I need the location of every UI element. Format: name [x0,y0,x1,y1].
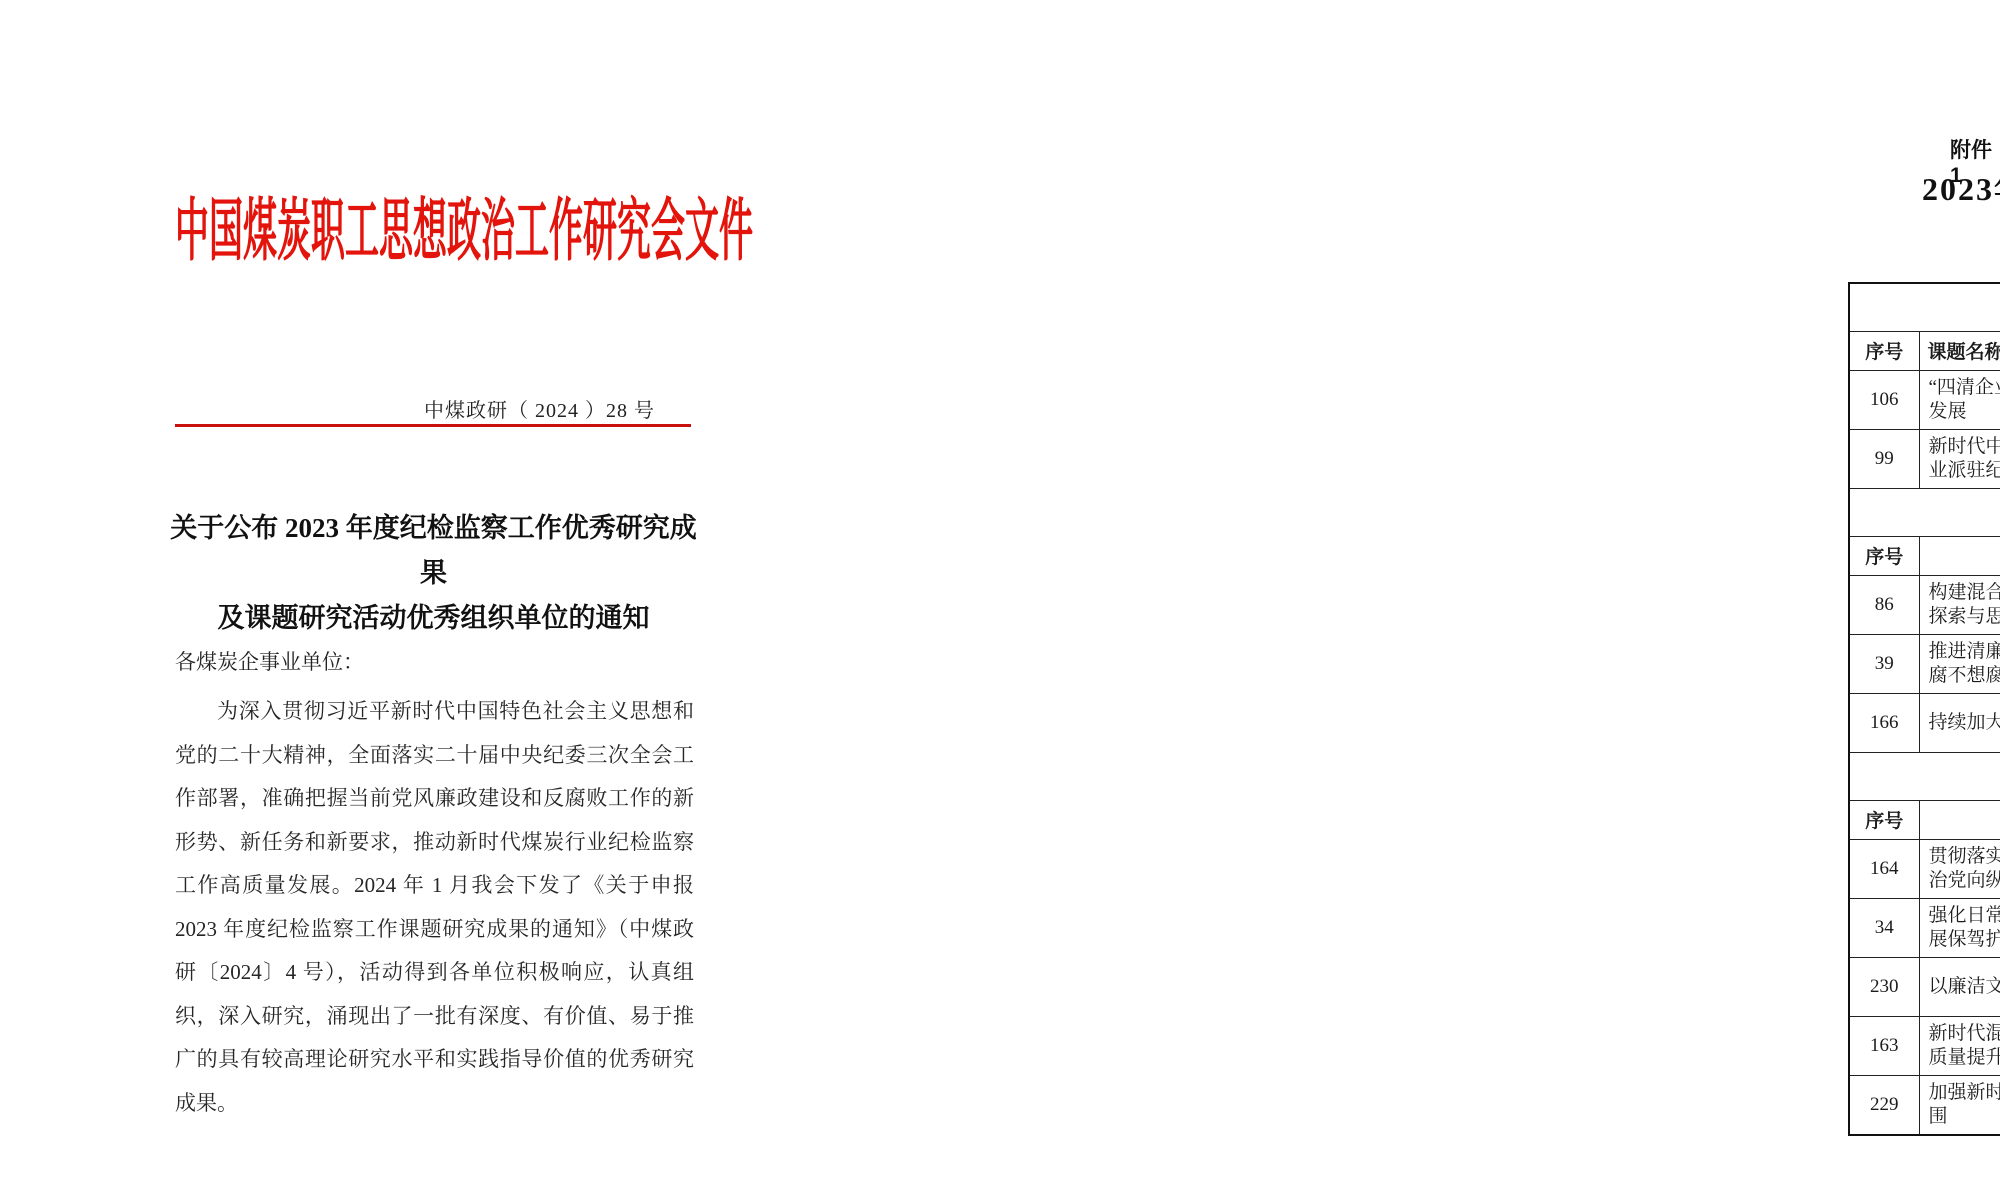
row-no: 230 [1849,957,1919,1016]
row-topic: 新时代中国特色社会主义混合所有制煤矿企业派驻纪检监察工作研究 [1919,429,2000,488]
table-row: 106 “四清企业”建设保障混合所有制企业高质量 发展 陕西陕煤榆北煤业有限公司… [1849,370,2000,429]
document-canvas: 中国煤炭职工思想政治工作研究会文件 中煤政研（ 2024 ）28 号 关于公布 … [0,0,2000,1200]
masthead-title: 中国煤炭职工思想政治工作研究会文件 [175,176,692,274]
column-header-row: 序号 课题名称 单位名称 作者 [1849,331,2000,370]
salutation: 各煤炭企事业单位： [175,646,364,676]
row-no: 86 [1849,575,1919,634]
notice-title: 关于公布 2023 年度纪检监察工作优秀研究成果 及课题研究活动优秀组织单位的通… [165,506,702,641]
section-label: 一 等 奖 [1849,283,2000,331]
header-no: 序号 [1849,536,1919,575]
row-no: 39 [1849,634,1919,693]
notice-page: 中国煤炭职工思想政治工作研究会文件 中煤政研（ 2024 ）28 号 关于公布 … [0,0,870,1200]
document-number: 中煤政研（ 2024 ）28 号 [424,394,655,423]
column-header-row: 序号 课题名称 单位名称 作者 [1849,536,2000,575]
row-no: 163 [1849,1016,1919,1075]
table-row: 229 加强新时代廉洁文化建设，营造崇廉尚廉氛围 陕西陕煤榆北煤业有限公司 中能… [1849,1075,2000,1135]
table-row: 34 强化日常监督健全管理体系为企业高质量发展保驾护航 陕西陕煤榆北煤业有限公司… [1849,898,2000,957]
notice-title-line1: 关于公布 2023 年度纪检监察工作优秀研究成果 [165,506,702,596]
row-topic: 强化日常监督健全管理体系为企业高质量发展保驾护航 [1919,898,2000,957]
row-topic: “四清企业”建设保障混合所有制企业高质量 发展 [1919,370,2000,429]
header-topic: 课题名称 [1919,331,2000,370]
section-row-second-prize: 二 等 奖 [1849,488,2000,536]
table-row: 39 推进清廉国企建设提高一体推进不敢腐不能腐不想腐能力水平 陕西陕煤榆北煤业有… [1849,634,2000,693]
row-no: 166 [1849,693,1919,752]
header-no: 序号 [1849,800,1919,839]
red-divider-rule [175,424,691,427]
section-label: 二 等 奖 [1849,488,2000,536]
attachment-page: 附件1 2023年度纪检监察工作优秀研究成果名单 一 等 奖 序号 课题名称 单… [870,0,2000,1200]
header-topic: 课题名称 [1919,536,2000,575]
section-row-first-prize: 一 等 奖 [1849,283,2000,331]
table-row: 230 以廉洁文化建设助推国有企业高质量发展 陕西陕煤榆北煤业有限公司 中能公司… [1849,957,2000,1016]
row-no: 99 [1849,429,1919,488]
awards-table: 一 等 奖 序号 课题名称 单位名称 作者 106 “四清企业”建设保障混合所有… [1848,282,2000,1136]
header-no: 序号 [1849,331,1919,370]
table-row: 164 贯彻落实党的二十大精神助推企业全面从严治党向纵深发展 陕西陕煤榆北煤业有… [1849,839,2000,898]
row-topic: 以廉洁文化建设助推国有企业高质量发展 [1919,957,2000,1016]
row-no: 229 [1849,1075,1919,1135]
table-row: 86 构建混合所有制国有企业“大监督”工作体系的探索与思考 陕西陕煤榆北煤业有限… [1849,575,2000,634]
row-topic: 新时代混合所有制国有企业纪检工作实现高质量提升的路径探析 [1919,1016,2000,1075]
table-row: 166 持续加大廉洁风险防控工作的探索与实践 陕西陕煤榆北煤业有限公司 中能公司… [1849,693,2000,752]
attachment-title: 2023年度纪检监察工作优秀研究成果名单 [1878,164,2000,210]
row-topic: 持续加大廉洁风险防控工作的探索与实践 [1919,693,2000,752]
row-topic: 构建混合所有制国有企业“大监督”工作体系的探索与思考 [1919,575,2000,634]
row-no: 106 [1849,370,1919,429]
section-label: 三 等 奖 [1849,752,2000,800]
row-topic: 贯彻落实党的二十大精神助推企业全面从严治党向纵深发展 [1919,839,2000,898]
table-row: 99 新时代中国特色社会主义混合所有制煤矿企业派驻纪检监察工作研究 陕西陕煤榆北… [1849,429,2000,488]
header-topic: 课题名称 [1919,800,2000,839]
section-row-third-prize: 三 等 奖 [1849,752,2000,800]
column-header-row: 序号 课题名称 单位名称 作者 [1849,800,2000,839]
row-topic: 加强新时代廉洁文化建设，营造崇廉尚廉氛围 [1919,1075,2000,1135]
row-topic: 推进清廉国企建设提高一体推进不敢腐不能腐不想腐能力水平 [1919,634,2000,693]
row-no: 164 [1849,839,1919,898]
table-row: 163 新时代混合所有制国有企业纪检工作实现高质量提升的路径探析 陕西陕煤榆北煤… [1849,1016,2000,1075]
notice-title-line2: 及课题研究活动优秀组织单位的通知 [165,596,702,641]
notice-body-paragraph: 为深入贯彻习近平新时代中国特色社会主义思想和党的二十大精神，全面落实二十届中央纪… [175,690,694,1125]
row-no: 34 [1849,898,1919,957]
